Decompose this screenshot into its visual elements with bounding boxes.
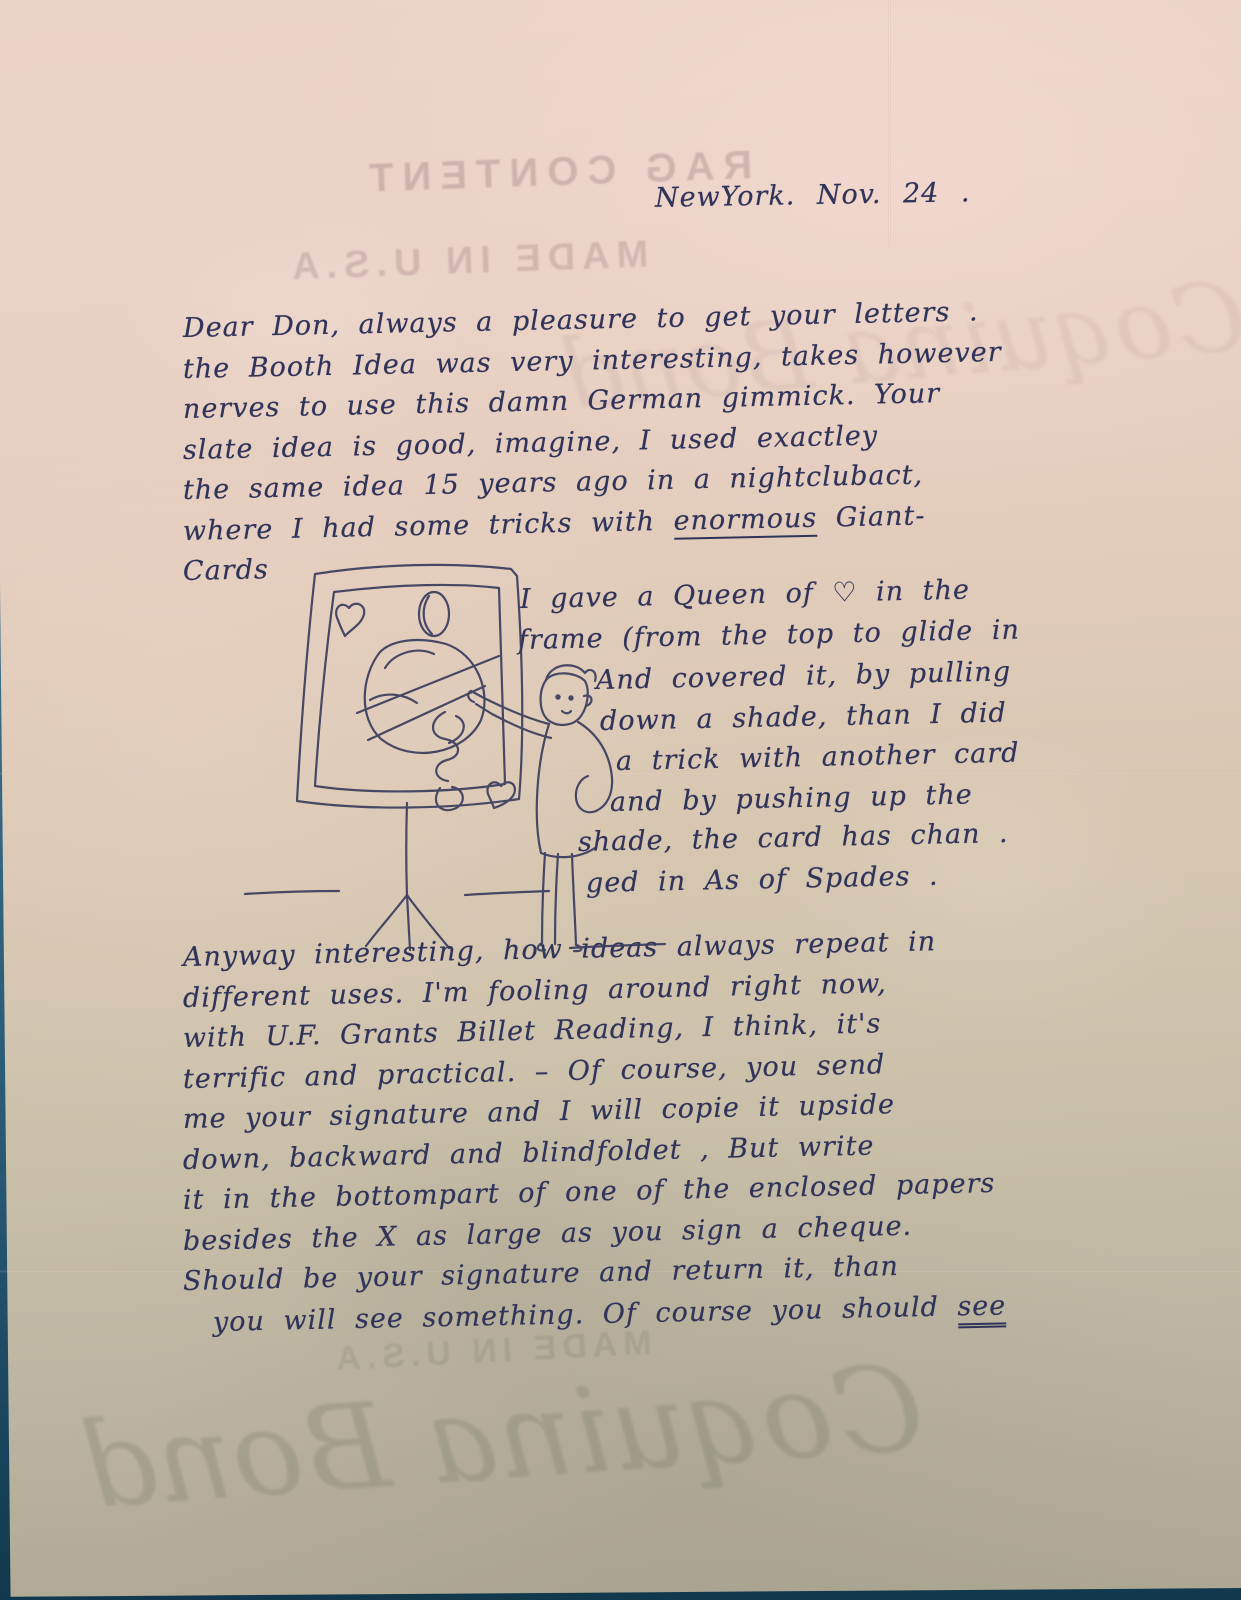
- easel-card-sketch: [218, 550, 683, 975]
- easel-stand: [245, 803, 665, 950]
- handwritten-line: slate idea is good, imagine, I used exac…: [183, 419, 1002, 463]
- handwritten-line: besides the X as large as you sign a che…: [183, 1210, 1007, 1254]
- line-segment: Giant-: [817, 500, 926, 533]
- letter-photo: { "letter": { "dateline": "NewYork. Nov.…: [0, 0, 1241, 1600]
- magician-figure: [468, 665, 612, 951]
- line-segment: where I had some tricks with: [183, 505, 674, 546]
- handwritten-line: me your signature and I will copie it up…: [183, 1089, 1007, 1133]
- card-frame: [297, 565, 522, 808]
- paragraph-2: Anyway interesting, how ideas always rep…: [183, 944, 1006, 1349]
- handwritten-line: with U.F. Grants Billet Reading, I think…: [183, 1008, 1007, 1052]
- handwritten-line: the same idea 15 years ago in a nightclu…: [183, 460, 1002, 504]
- underlined-word-see: see: [957, 1290, 1007, 1328]
- handwritten-line: you will see something. Of course you sh…: [213, 1292, 1007, 1336]
- handwritten-line: nerves to use this damn German gimmick. …: [183, 379, 1002, 423]
- handwritten-line: down, backward and blindfoldet , But wri…: [183, 1129, 1007, 1173]
- underlined-word-enormous: enormous: [673, 502, 817, 539]
- line-segment: you will see something. Of course you sh…: [213, 1291, 958, 1338]
- date-line: NewYork. Nov. 24 .: [655, 179, 971, 212]
- handwritten-line: it in the bottompart of one of the enclo…: [183, 1170, 1007, 1214]
- handwritten-line: the Booth Idea was very interesting, tak…: [183, 338, 1002, 382]
- handwritten-line: Should be your signature and return it, …: [183, 1251, 1007, 1295]
- handwritten-line: terrific and practical. – Of course, you…: [183, 1048, 1007, 1092]
- handwritten-line: where I had some tricks with enormous Gi…: [183, 500, 1002, 544]
